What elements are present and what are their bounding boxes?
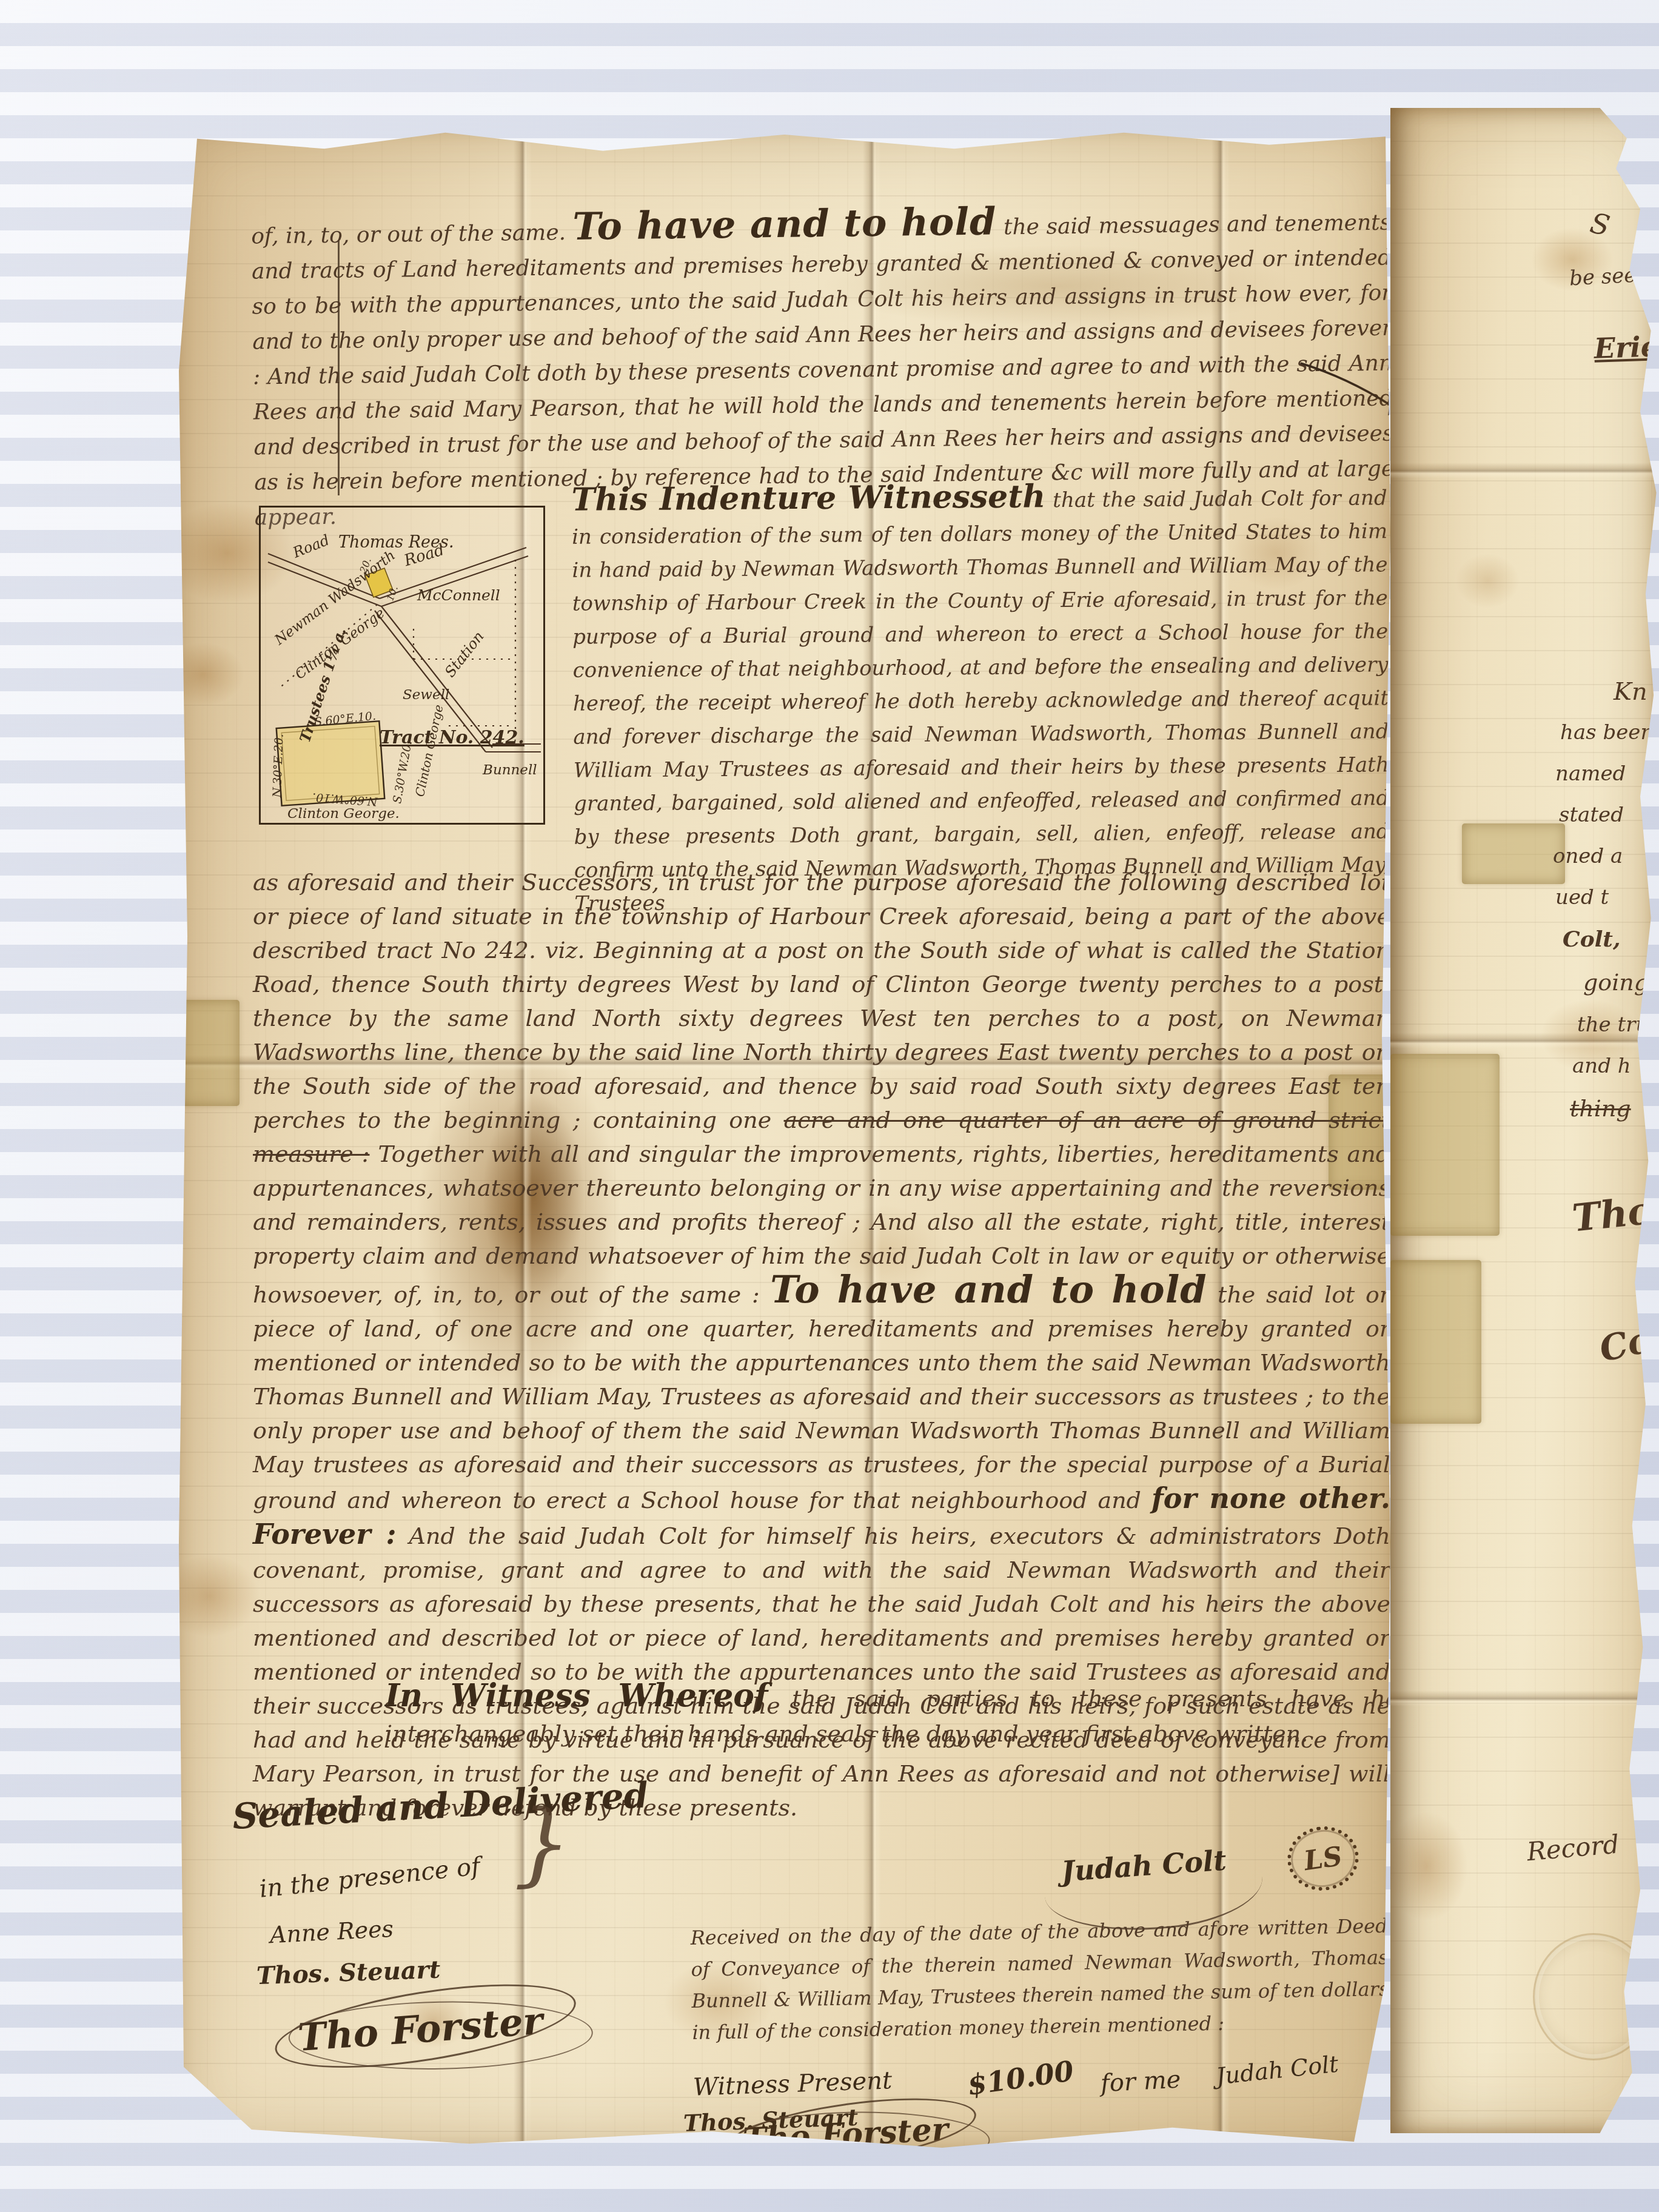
map-label-clinton-george-bottom: Clinton George. [287,806,400,822]
para2-opening: This Indenture Witnesseth [571,478,1045,518]
docket-signature-fragment-tho: Tho [1570,1188,1655,1240]
witness-signature-ann-rees: Anne Rees [269,1915,394,1949]
folded-docket-page: S be seen Erie Kn has been named stated … [1390,108,1659,2133]
paragraph-in-witness: In Witness Whereof the said parties to t… [385,1678,1390,1751]
pen-flourish-arrow [1298,354,1390,436]
survey-map: Thomas Rees. Road Road Newman Wadsworth … [259,506,545,825]
para4-body: the said lot or piece of land, of one ac… [253,1281,1390,1513]
receipt-for-me: for me [1100,2066,1182,2098]
photo-backdrop: of, in, to, or out of the same. To have … [0,0,1659,2212]
witness-signature-tho-forster: Tho Forster [297,1999,545,2060]
para4-opening: To have and to hold [770,1267,1207,1312]
para1-lead: of, in, to, or out of the same. [251,220,566,249]
deed-page: of, in, to, or out of the same. To have … [179,129,1390,2148]
receipt-paragraph: Received on the day of the date of the a… [690,1910,1389,2048]
tape-patch [1390,1054,1500,1236]
docket-county-erie: Erie [1594,330,1659,365]
docket-line: Kn [1614,678,1647,706]
docket-line: ued t [1555,885,1609,910]
witness-signature-thos-steuart: Thos. Steuart [256,1956,441,1991]
docket-line: stated [1559,803,1624,827]
tape-patch [179,1000,240,1106]
map-label-sewell: Sewell [403,687,449,703]
docket-line: the tru [1577,1013,1649,1037]
presence-label: in the presence of [258,1852,481,1903]
paragraph-indenture-witnesseth: This Indenture Witnesseth that the said … [571,477,1390,920]
para3-body: as aforesaid and their Successors, in tr… [253,869,1390,1133]
tape-patch [1462,823,1565,884]
docket-line: oned a [1553,844,1623,868]
para2-body: that the said Judah Colt for and in cons… [572,486,1390,916]
fold-crease [1390,463,1659,478]
docket-line: and h [1572,1054,1631,1078]
docket-line: named [1555,762,1626,786]
wax-seal-ls: LS [1283,1822,1363,1895]
receipt-amount: $10.00 [965,2054,1076,2102]
para5-opening: In Witness Whereof [385,1677,768,1714]
map-bearing-left: N.30°E.20. [270,734,286,798]
docket-line: going [1583,969,1649,996]
receipt-witness-label: Witness Present [692,2066,893,2101]
docket-fragment-top: S [1587,206,1613,242]
docket-signature-fragment-co: Co [1596,1319,1655,1370]
docket-line: Colt, [1563,927,1621,952]
para1-opening: To have and to hold [572,199,997,249]
map-label-mcconnell: McConnell [417,586,500,604]
docket-line: thing [1570,1095,1631,1122]
docket-fragment-top2: be seen [1569,263,1650,291]
docket-recorded-label: Record [1526,1829,1620,1866]
docket-line: has been [1560,720,1654,745]
fold-crease [1390,1691,1659,1706]
receipt-signature-judah-colt: Judah Colt [1215,2051,1339,2090]
embossed-seal [1533,1933,1654,2060]
closing-brace: } [514,1791,571,1897]
map-label-bunnell: Bunnell [483,762,537,778]
para4-body2: And the said Judah Colt for himself his … [253,1523,1390,1821]
tape-patch [1390,1260,1481,1424]
